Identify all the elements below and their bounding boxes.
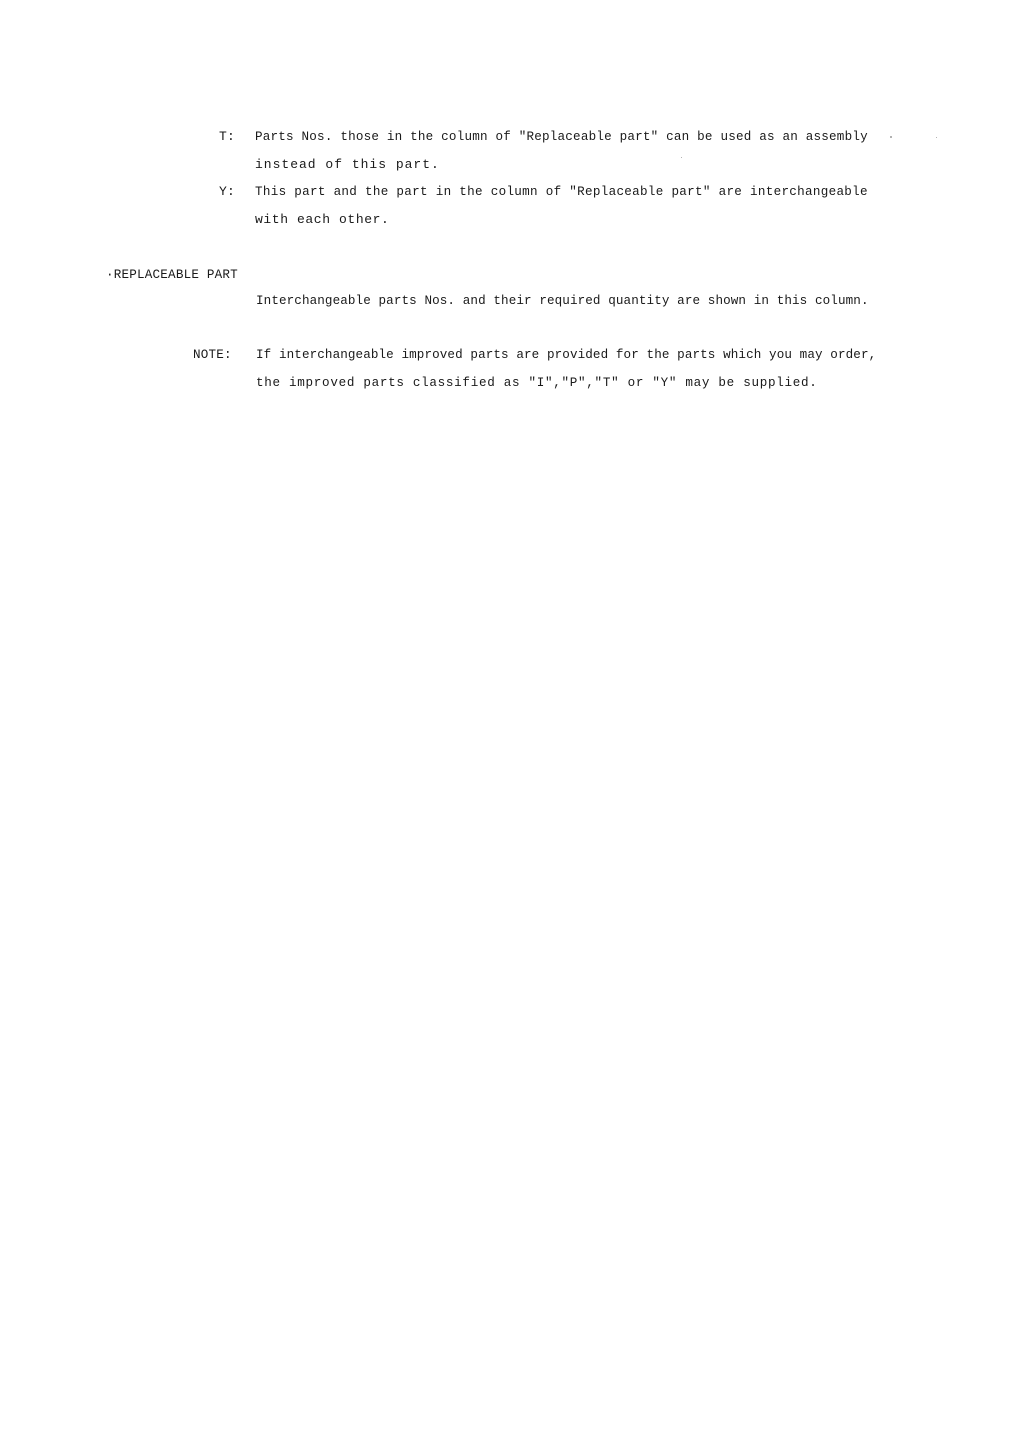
definition-text-line: with each other. [255, 212, 389, 228]
scan-speck [681, 157, 682, 158]
definition-key: T: [219, 129, 235, 145]
definition-text-line: Parts Nos. those in the column of ″Repla… [255, 129, 868, 145]
section-heading: ·REPLACEABLE PART [106, 267, 238, 283]
definition-text-line: instead of this part. [255, 157, 440, 173]
note-text-line: the improved parts classified as ″I″,″P″… [256, 375, 818, 391]
section-description: Interchangeable parts Nos. and their req… [256, 293, 869, 309]
definition-text-line: This part and the part in the column of … [255, 184, 868, 200]
scan-speck [936, 137, 937, 138]
note-text-line: If interchangeable improved parts are pr… [256, 347, 876, 363]
scan-speck [890, 136, 892, 138]
note-key: NOTE: [193, 347, 232, 363]
definition-key: Y: [219, 184, 235, 200]
